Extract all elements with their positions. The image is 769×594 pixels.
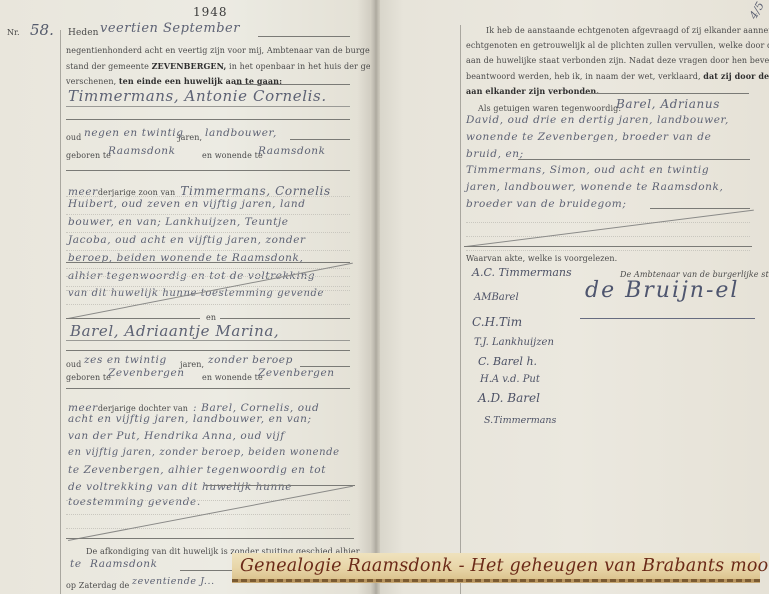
folio-mark: 4/5 [747,0,767,21]
declaration-line-3: beantwoord werden, heb ik, in naam der w… [466,71,769,81]
strike-through-line [466,210,754,247]
bride-age-label: oud [66,360,81,369]
fill-line [290,139,350,140]
witnesses-label: Als getuigen waren tegenwoordig: [478,104,621,113]
witnesses-line-4: Timmermans, Simon, oud acht en twintig [466,164,709,176]
dotted-rule [466,236,750,237]
dotted-rule [66,196,350,197]
rule [66,170,350,171]
margin-rule [60,30,61,594]
signature-1: AMBarel [474,292,519,303]
municipality: ZEVENBERGEN, [152,61,227,71]
bride-parents-line-1: acht en vijftig jaren, landbouwer, en va… [68,413,312,425]
fill-line [180,570,240,571]
witnesses-line-0: Barel, Adrianus [616,97,720,111]
signature-6: A.D. Barel [478,391,540,405]
groom-occupation: landbouwer, [205,127,277,139]
announcement-day: zeventiende J... [132,576,215,587]
signature-7: S.Timmermans [484,415,556,426]
bride-parents-line-5: de voltrekking van dit huwelijk hunne [68,481,292,493]
announcement-place-prefix: te [70,558,82,570]
bride-residence: Zevenbergen [258,367,335,379]
heden-label: Heden [68,28,99,38]
rule [464,246,752,247]
dotted-rule [66,214,350,215]
bride-parents-line-4: te Zevenbergen, alhier tegenwoordig en t… [68,464,326,476]
dotted-rule [66,232,350,233]
rule [66,350,350,351]
groom-parents-line-1: Huibert, oud zeven en vijftig jaren, lan… [68,198,306,210]
banner-text: Genealogie Raamsdonk - Het geheugen van … [240,556,769,576]
intro-line-3-pre: stand der gemeente [66,62,149,71]
date-handwritten: veertien September [100,21,240,36]
register-year: 1948 [193,5,228,19]
groom-age-suffix: jaren, [178,133,202,142]
bride-name: Barel, Adriaantje Marina, [70,322,279,340]
site-banner: Genealogie Raamsdonk - Het geheugen van … [232,553,760,582]
groom-age-label: oud [66,133,81,142]
registrar-signature: de Bruijn-el [585,278,739,303]
declaration-line-3-text: beantwoord werden, heb ik, in naam der w… [466,72,701,81]
groom-parents-line-2: bouwer, en van; Lankhuijzen, Teuntje [68,216,289,228]
rule [66,388,350,389]
witnesses-line-6: broeder van de bruidegom; [466,198,626,210]
fill-line [205,485,355,486]
dotted-rule [66,250,350,251]
dotted-rule [66,276,350,277]
declaration-bold-2: aan elkander zijn verbonden. [466,86,599,96]
bride-born-label: geboren te [66,373,111,382]
declaration-line-1: echtgenoten en getrouwelijk al de plicht… [466,41,769,50]
read-aloud-text: Waarvan akte, welke is voorgelezen. [466,254,617,263]
signature-4: C. Barel h. [478,355,537,368]
underline [66,340,350,341]
groom-age: negen en twintig [84,127,184,139]
declaration-line-0: Ik heb de aanstaande echtgenoten afgevra… [486,26,769,35]
left-page: 1948 Nr. 58. Heden veertien September ne… [0,0,372,594]
signature-underline [580,318,755,319]
declaration-line-2: aan de huwelijke staat verbonden zijn. N… [466,56,769,65]
intro-line-4-pre: verschenen, [66,77,116,86]
groom-birthplace: Raamsdonk [108,145,176,157]
bride-parents-line-2: van der Put, Hendrika Anna, oud vijf [68,430,285,442]
intro-line-3: stand der gemeente ZEVENBERGEN, in het o… [66,61,401,71]
intro-line-2: negentienhonderd acht en veertig zijn vo… [66,46,391,55]
dotted-rule [466,222,750,223]
signature-0: A.C. Timmermans [472,266,572,279]
dotted-rule [466,250,750,251]
witnesses-line-1: David, oud drie en dertig jaren, landbou… [466,114,729,126]
connector-en: en [206,313,216,322]
groom-name: Timmermans, Antonie Cornelis. [68,87,327,105]
fill-line [258,36,350,37]
dotted-rule [66,268,350,269]
fill-line [66,318,200,319]
underline [66,106,350,107]
fill-line [585,93,749,94]
fill-line [518,159,750,160]
margin-rule [460,25,461,594]
rule [66,262,350,263]
bride-birthplace: Zevenbergen [108,367,185,379]
dotted-rule [66,500,350,501]
declaration-line-4: aan elkander zijn verbonden. [466,86,599,96]
bride-residence-label: en wonende te [202,373,263,382]
groom-parents-line-3: Jacoba, oud acht en vijftig jaren, zonde… [68,234,306,246]
bride-parents-prefix-print: derjarige dochter van [98,404,188,413]
fill-line [220,318,350,319]
bride-parents-line-3: en vijftig jaren, zonder beroep, beiden … [68,447,340,458]
rule [66,119,350,120]
groom-residence-label: en wonende te [202,151,263,160]
dotted-rule [66,286,350,287]
witnesses-line-2: wonende te Zevenbergen, broeder van de [466,131,711,143]
right-page: 4/5 Ik heb de aanstaande echtgenoten afg… [380,0,769,594]
record-number-label: Nr. [7,28,20,37]
witnesses-line-5: jaren, landbouwer, wonende te Raamsdonk, [466,181,723,193]
banner-stripe [232,579,760,582]
groom-born-label: geboren te [66,151,111,160]
witnesses-line-3: bruid, en; [466,148,524,160]
bride-occupation: zonder beroep [208,354,293,366]
dotted-rule [66,528,350,529]
declaration-bold-1: dat zij door de echt [703,71,769,81]
record-number: 58. [30,21,54,39]
announcement-place: Raamsdonk [90,558,158,570]
dotted-rule [66,304,350,305]
signature-2: C.H.Tim [472,315,522,329]
fill-line [650,208,750,209]
groom-residence: Raamsdonk [258,145,326,157]
signature-5: H.A v.d. Put [480,374,540,385]
rule [66,538,354,539]
bride-parents-line-6: toestemming gevende. [68,496,201,508]
announcement-day-label: op Zaterdag de [66,581,129,590]
fill-line [235,84,350,85]
signature-3: T.J. Lankhuijzen [474,337,554,348]
bride-age: zes en twintig [84,354,167,366]
